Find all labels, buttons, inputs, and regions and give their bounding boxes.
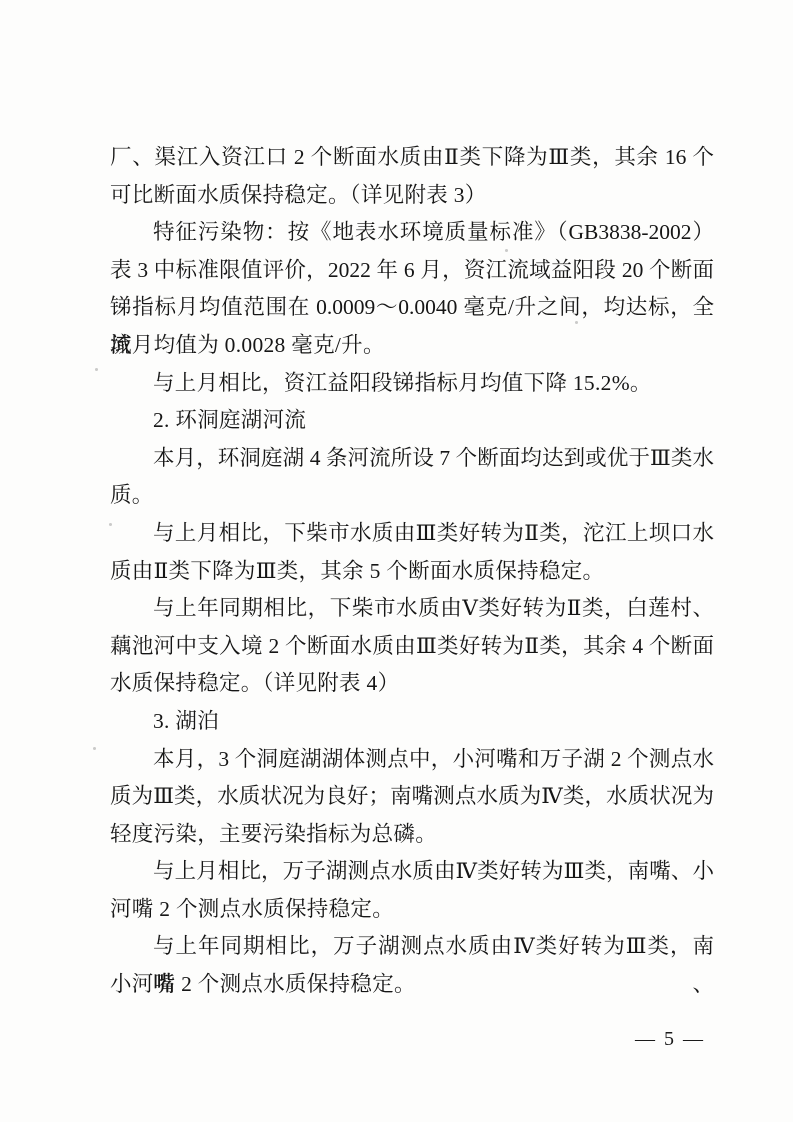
scan-speck [109,523,112,526]
page-number: — 5 — [635,1028,705,1051]
text-line: 与上年同期相比，万子湖测点水质由Ⅳ类好转为Ⅲ类，南嘴、 [110,928,714,966]
scan-speck [505,249,508,252]
scan-speck [575,321,578,324]
text-line: 表 3 中标准限值评价，2022 年 6 月，资江流域益阳段 20 个断面 [110,252,714,290]
text-line: 与上月相比，资江益阳段锑指标月均值下降 15.2%。 [110,365,714,403]
document-body: 厂、渠江入资江口 2 个断面水质由Ⅱ类下降为Ⅲ类，其余 16 个可比断面水质保持… [110,139,714,1004]
text-line: 轻度污染，主要污染指标为总磷。 [110,816,714,854]
text-line: 可比断面水质保持稳定。（详见附表 3） [110,177,714,215]
text-line: 锑指标月均值范围在 0.0009～0.0040 毫克/升之间，均达标，全流 [110,289,714,327]
text-line: 水质保持稳定。（详见附表 4） [110,665,714,703]
text-line: 特征污染物：按《地表水环境质量标准》（GB3838-2002） [110,214,714,252]
scan-speck [93,747,96,750]
scan-speck [95,368,98,371]
text-line: 2. 环洞庭湖河流 [110,402,714,440]
text-line: 质为Ⅲ类，水质状况为良好；南嘴测点水质为Ⅳ类，水质状况为 [110,778,714,816]
scan-speck [404,527,407,530]
text-line: 河嘴 2 个测点水质保持稳定。 [110,891,714,929]
text-line: 质。 [110,477,714,515]
text-line: 厂、渠江入资江口 2 个断面水质由Ⅱ类下降为Ⅲ类，其余 16 个 [110,139,714,177]
text-line: 藕池河中支入境 2 个断面水质由Ⅲ类好转为Ⅱ类，其余 4 个断面 [110,628,714,666]
text-line: 质由Ⅱ类下降为Ⅲ类，其余 5 个断面水质保持稳定。 [110,553,714,591]
scanned-document-page: 厂、渠江入资江口 2 个断面水质由Ⅱ类下降为Ⅲ类，其余 16 个可比断面水质保持… [0,0,793,1122]
text-line: 域月均值为 0.0028 毫克/升。 [110,327,714,365]
text-line: 与上年同期相比，下柴市水质由Ⅴ类好转为Ⅱ类，白莲村、 [110,590,714,628]
text-line: 与上月相比，万子湖测点水质由Ⅳ类好转为Ⅲ类，南嘴、小 [110,853,714,891]
text-line: 与上月相比，下柴市水质由Ⅲ类好转为Ⅱ类，沱江上坝口水 [110,515,714,553]
text-line: 本月，3 个洞庭湖湖体测点中，小河嘴和万子湖 2 个测点水 [110,741,714,779]
text-line: 本月，环洞庭湖 4 条河流所设 7 个断面均达到或优于Ⅲ类水 [110,440,714,478]
text-line: 3. 湖泊 [110,703,714,741]
